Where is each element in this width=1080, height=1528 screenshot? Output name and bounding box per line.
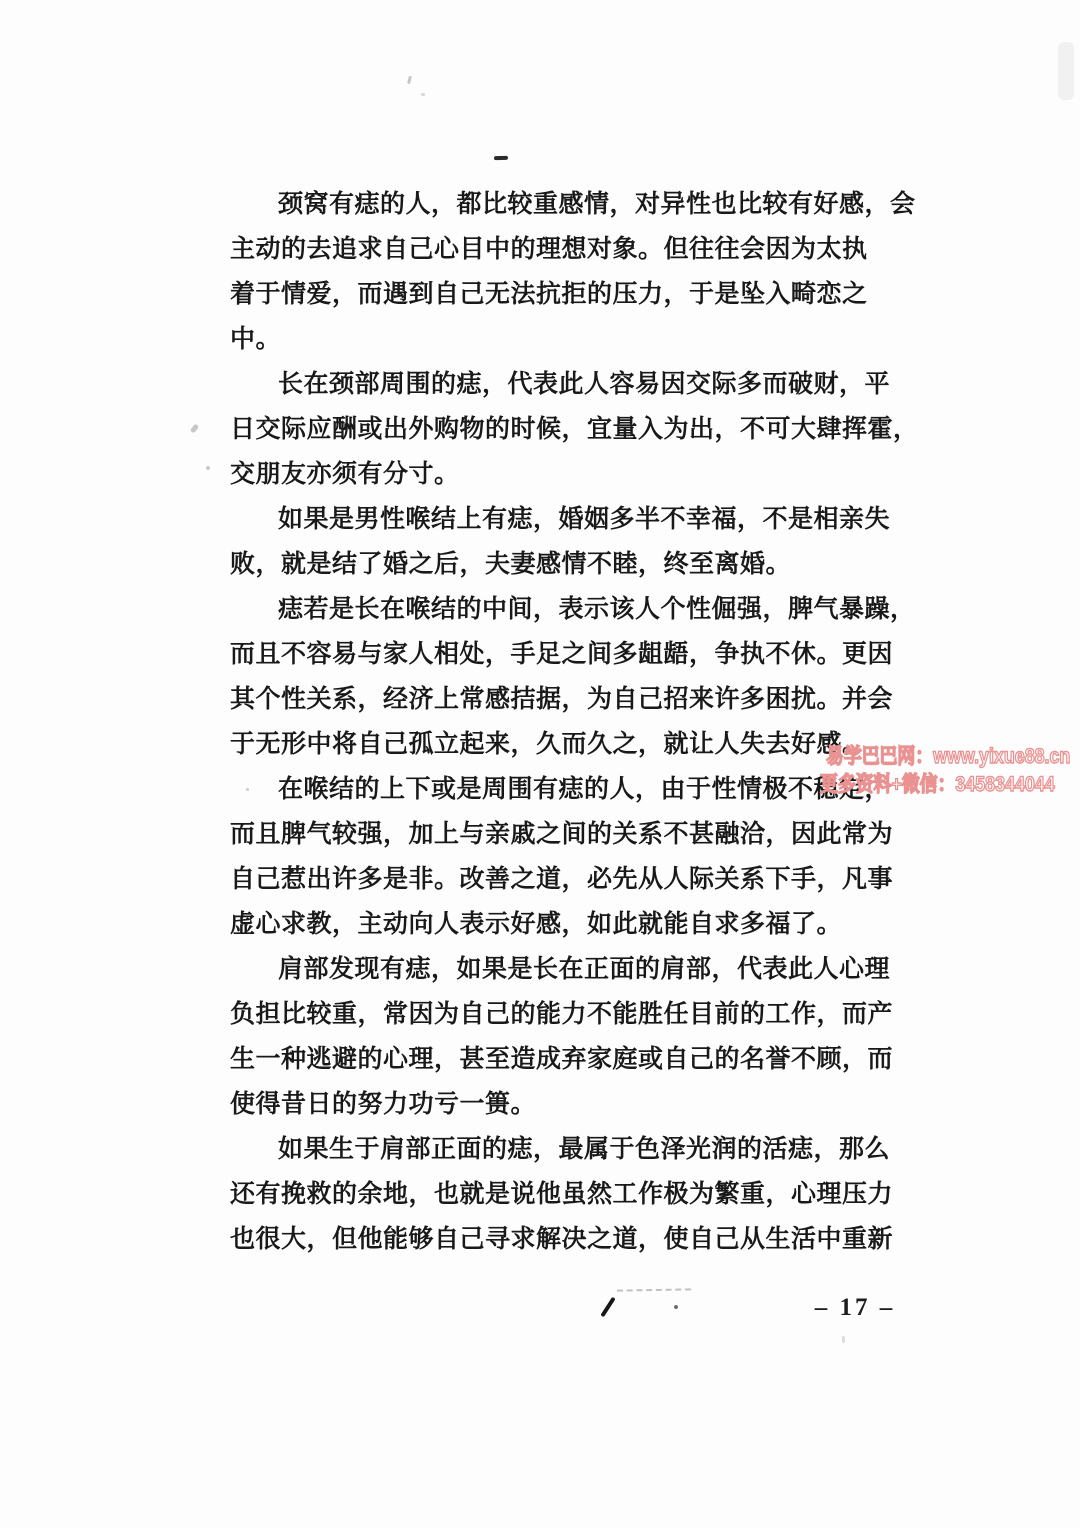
text-line: 中。 <box>230 317 878 362</box>
text-line: 虚心求教，主动向人表示好感，如此就能自求多福了。 <box>230 902 878 947</box>
scan-artifact-pen-stroke <box>600 1297 615 1318</box>
paragraph: 长在颈部周围的痣，代表此人容易因交际多而破财，平日交际应酬或出外购物的时候，宜量… <box>230 362 878 497</box>
text-line: 如果生于肩部正面的痣，最属于色泽光润的活痣，那么 <box>230 1127 878 1172</box>
text-line: 日交际应酬或出外购物的时候，宜量入为出，不可大肆挥霍， <box>230 407 878 452</box>
text-line: 于无形中将自己孤立起来，久而久之，就让人失去好感。 <box>230 722 878 767</box>
text-line: 如果是男性喉结上有痣，婚姻多半不幸福，不是相亲失 <box>230 497 878 542</box>
scan-artifact-speck <box>842 1336 845 1343</box>
text-line: 负担比较重，常因为自己的能力不能胜任目前的工作，而产 <box>230 992 878 1037</box>
paragraph: 肩部发现有痣，如果是长在正面的肩部，代表此人心理负担比较重，常因为自己的能力不能… <box>230 947 878 1127</box>
paragraph: 如果是男性喉结上有痣，婚姻多半不幸福，不是相亲失败，就是结了婚之后，夫妻感情不睦… <box>230 497 878 587</box>
text-line: 败，就是结了婚之后，夫妻感情不睦，终至离婚。 <box>230 542 878 587</box>
text-line: 主动的去追求自己心目中的理想对象。但往往会因为太执 <box>230 227 878 272</box>
text-line: 也很大，但他能够自己寻求解决之道，使自己从生活中重新 <box>230 1217 878 1262</box>
scan-artifact-margin-mark <box>190 423 199 433</box>
scan-artifact-speck <box>407 76 412 84</box>
text-line: 使得昔日的努力功亏一篑。 <box>230 1082 878 1127</box>
scan-artifact-smudge <box>1058 42 1074 100</box>
text-line: 颈窝有痣的人，都比较重感情，对异性也比较有好感，会 <box>230 182 878 227</box>
scan-artifact-dash <box>494 156 508 160</box>
scan-artifact-speck <box>674 1305 678 1309</box>
text-line: 痣若是长在喉结的中间，表示该人个性倔强，脾气暴躁， <box>230 587 878 632</box>
paragraph: 颈窝有痣的人，都比较重感情，对异性也比较有好感，会主动的去追求自己心目中的理想对… <box>230 182 878 362</box>
scan-artifact-margin-mark <box>206 466 210 470</box>
paragraph: 如果生于肩部正面的痣，最属于色泽光润的活痣，那么还有挽救的余地，也就是说他虽然工… <box>230 1127 878 1262</box>
text-line: 自己惹出许多是非。改善之道，必先从人际关系下手，凡事 <box>230 857 878 902</box>
text-line: 肩部发现有痣，如果是长在正面的肩部，代表此人心理 <box>230 947 878 992</box>
text-line: 还有挽救的余地，也就是说他虽然工作极为繁重，心理压力 <box>230 1172 878 1217</box>
scan-artifact-squiggle <box>617 1288 691 1291</box>
text-line: 长在颈部周围的痣，代表此人容易因交际多而破财，平 <box>230 362 878 407</box>
text-line: 生一种逃避的心理，甚至造成弃家庭或自己的名誉不顾，而 <box>230 1037 878 1082</box>
text-line: 其个性关系，经济上常感拮据，为自己招来许多困扰。并会 <box>230 677 878 722</box>
paragraph: 痣若是长在喉结的中间，表示该人个性倔强，脾气暴躁，而且不容易与家人相处，手足之间… <box>230 587 878 767</box>
text-line: 而且脾气较强，加上与亲戚之间的关系不甚融洽，因此常为 <box>230 812 878 857</box>
text-line: 交朋友亦须有分寸。 <box>230 452 878 497</box>
body-text: 颈窝有痣的人，都比较重感情，对异性也比较有好感，会主动的去追求自己心目中的理想对… <box>230 182 878 1262</box>
scan-artifact-speck <box>246 788 249 791</box>
paragraph: 在喉结的上下或是周围有痣的人，由于性情极不稳定，而且脾气较强，加上与亲戚之间的关… <box>230 767 878 947</box>
text-line: 而且不容易与家人相处，手足之间多龃龉，争执不休。更因 <box>230 632 878 677</box>
page-number: – 17 – <box>790 1294 920 1322</box>
text-line: 着于情爱，而遇到自己无法抗拒的压力，于是坠入畸恋之 <box>230 272 878 317</box>
scan-artifact-speck <box>421 93 425 96</box>
scanned-page: 颈窝有痣的人，都比较重感情，对异性也比较有好感，会主动的去追求自己心目中的理想对… <box>0 0 1080 1528</box>
text-line: 在喉结的上下或是周围有痣的人，由于性情极不稳定， <box>230 767 878 812</box>
